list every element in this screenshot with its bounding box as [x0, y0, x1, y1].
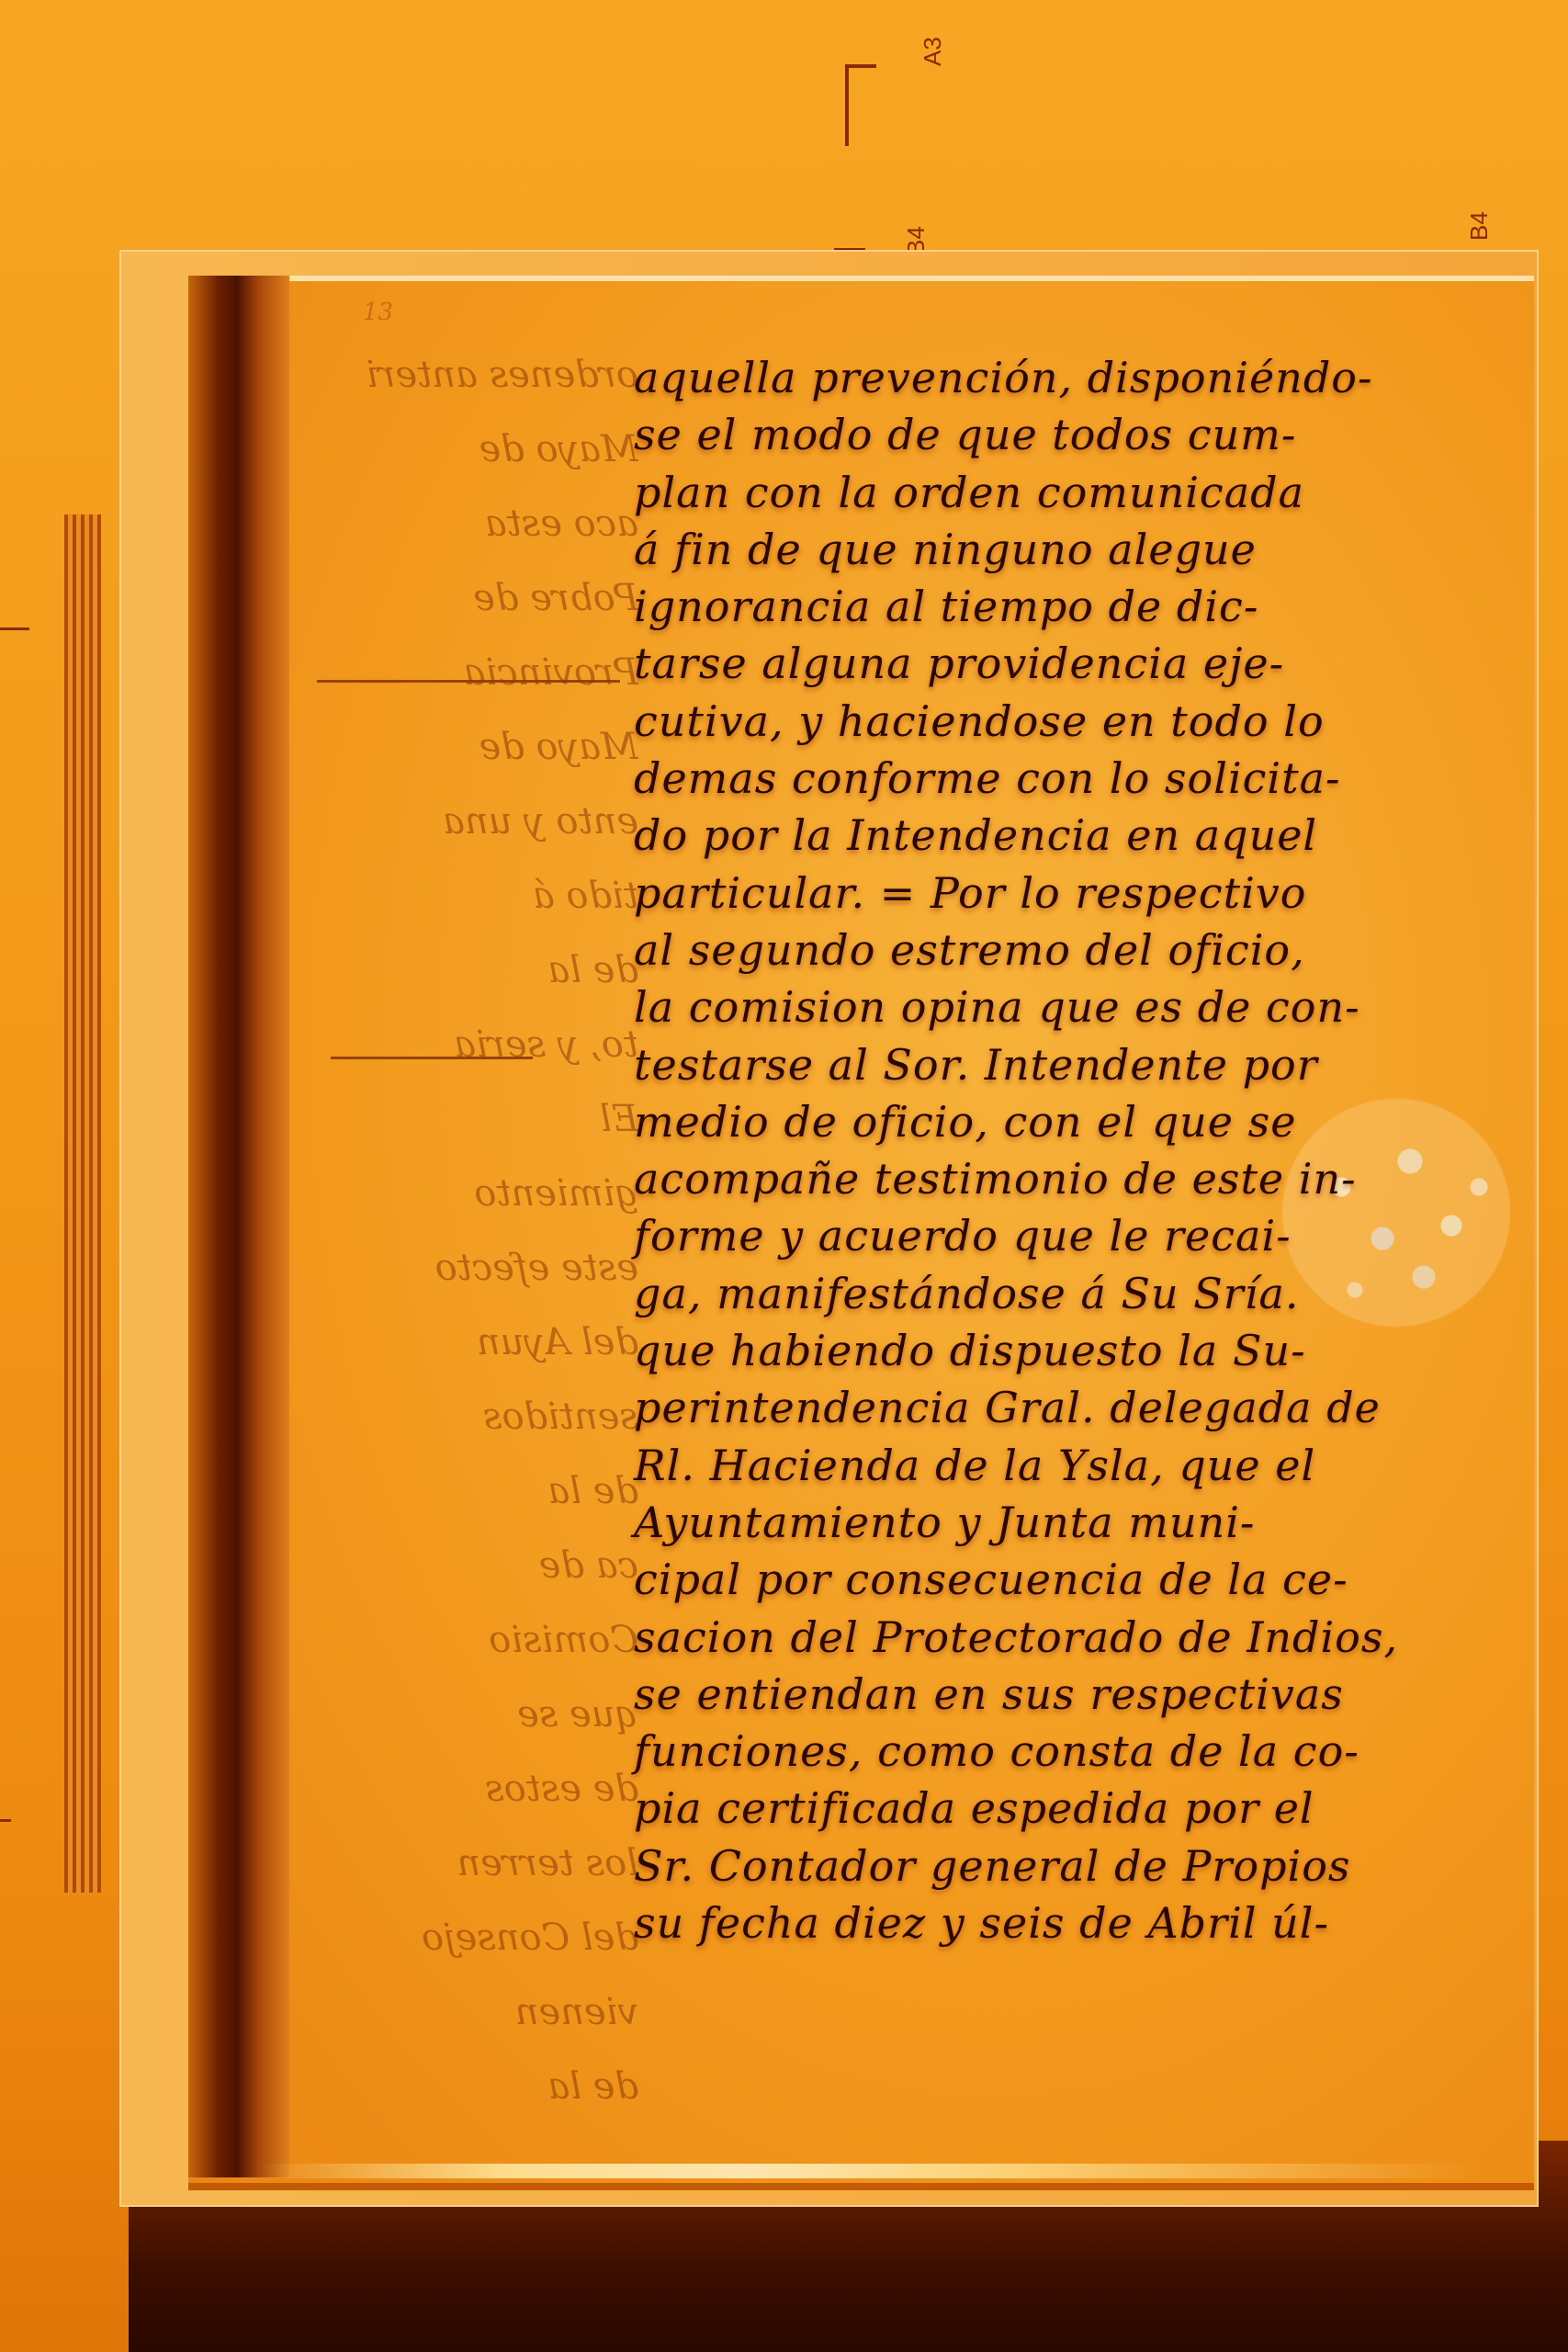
- manuscript-line: sacion del Protectorado de Indios,: [634, 1609, 1543, 1666]
- manuscript-line: ga, manifestándose á Su Sría.: [634, 1265, 1543, 1322]
- bleed-through-line: sentidos: [344, 1396, 638, 1438]
- manuscript-line: al segundo estremo del oficio,: [634, 922, 1543, 978]
- bleed-through-line: del Ayun: [344, 1321, 638, 1363]
- manuscript-line: Ayuntamiento y Junta muni-: [634, 1494, 1543, 1551]
- manuscript-line: testarse al Sor. Intendente por: [634, 1036, 1543, 1093]
- manuscript-line: perintendencia Gral. delegada de: [634, 1379, 1543, 1436]
- bleed-through-line: ordenes anteri: [344, 354, 638, 396]
- manuscript-line: demas conforme con lo solicita-: [634, 750, 1543, 807]
- bleed-through-line: Pobre de: [344, 577, 638, 619]
- page-number: 13: [363, 299, 393, 326]
- manuscript-line: cipal por consecuencia de la ce-: [634, 1551, 1543, 1608]
- book-binding-gutter: [188, 276, 289, 2177]
- bleed-through-line: to, y seria: [344, 1023, 638, 1066]
- manuscript-line: su fecha diez y seis de Abril úl-: [634, 1894, 1543, 1951]
- manuscript-line: se entiendan en sus respectivas: [634, 1666, 1543, 1723]
- bleed-through-line: que se: [344, 1693, 638, 1736]
- bleed-through-line: de la: [344, 949, 638, 991]
- bleed-through-line: aco esta: [344, 503, 638, 545]
- manuscript-line: medio de oficio, con el que se: [634, 1093, 1543, 1150]
- crop-mark: [845, 64, 876, 146]
- crop-marker-label: B4: [1465, 211, 1494, 241]
- manuscript-line: Rl. Hacienda de la Ysla, que el: [634, 1437, 1543, 1494]
- page-edge-glare: [257, 2164, 1479, 2178]
- manuscript-line: tarse alguna providencia eje-: [634, 635, 1543, 692]
- manuscript-line: cutiva, y haciendose en todo lo: [634, 693, 1543, 750]
- bleed-through-line: El: [344, 1098, 638, 1140]
- manuscript-line: Sr. Contador general de Propios: [634, 1837, 1543, 1894]
- manuscript-line: funciones, como consta de la co-: [634, 1723, 1543, 1780]
- manuscript-line: pia certificada espedida por el: [634, 1780, 1543, 1837]
- bleed-through-line: de la: [344, 1470, 638, 1512]
- bleed-through-line: Mayo de: [344, 726, 638, 768]
- scale-tick: [0, 628, 29, 630]
- manuscript-line: se el modo de que todos cum-: [634, 406, 1543, 463]
- bleed-through-line: Comisio: [344, 1619, 638, 1661]
- manuscript-line: plan con la orden comunicada: [634, 464, 1543, 521]
- manuscript-line: forme y acuerdo que le recai-: [634, 1207, 1543, 1264]
- scale-tick: [0, 1819, 11, 1822]
- bleed-through-line: tido á: [344, 875, 638, 917]
- bleed-through-line: ca de: [344, 1544, 638, 1587]
- bleed-through-line: Provincia: [344, 651, 638, 694]
- bleed-through-line: Mayo de: [344, 428, 638, 470]
- manuscript-line: la comision opina que es de con-: [634, 978, 1543, 1035]
- bleed-through-line: ento y una: [344, 800, 638, 842]
- crop-marker-label: A3: [919, 37, 947, 66]
- page-stack-edge: [64, 514, 101, 1893]
- bleed-through-line: del Consejo: [344, 1917, 638, 1959]
- bleed-through-line: de estos: [344, 1768, 638, 1810]
- bleed-through-line: vienen: [344, 1991, 638, 2033]
- bleed-through-line: los terren: [344, 1842, 638, 1884]
- manuscript-line: particular. = Por lo respectivo: [634, 865, 1543, 922]
- manuscript-line: á fin de que ninguno alegue: [634, 521, 1543, 578]
- manuscript-text: aquella prevención, disponiéndo-se el mo…: [634, 349, 1543, 1951]
- manuscript-line: do por la Intendencia en aquel: [634, 807, 1543, 864]
- manuscript-line: aquella prevención, disponiéndo-: [634, 349, 1543, 406]
- manuscript-line: ignorancia al tiempo de dic-: [634, 578, 1543, 635]
- manuscript-line: acompañe testimonio de este in-: [634, 1150, 1543, 1207]
- bleed-through-line: este efecto: [344, 1247, 638, 1289]
- bleed-through-line: gimiento: [344, 1172, 638, 1215]
- bleed-through-line: de la: [344, 2065, 638, 2108]
- manuscript-line: que habiendo dispuesto la Su-: [634, 1322, 1543, 1379]
